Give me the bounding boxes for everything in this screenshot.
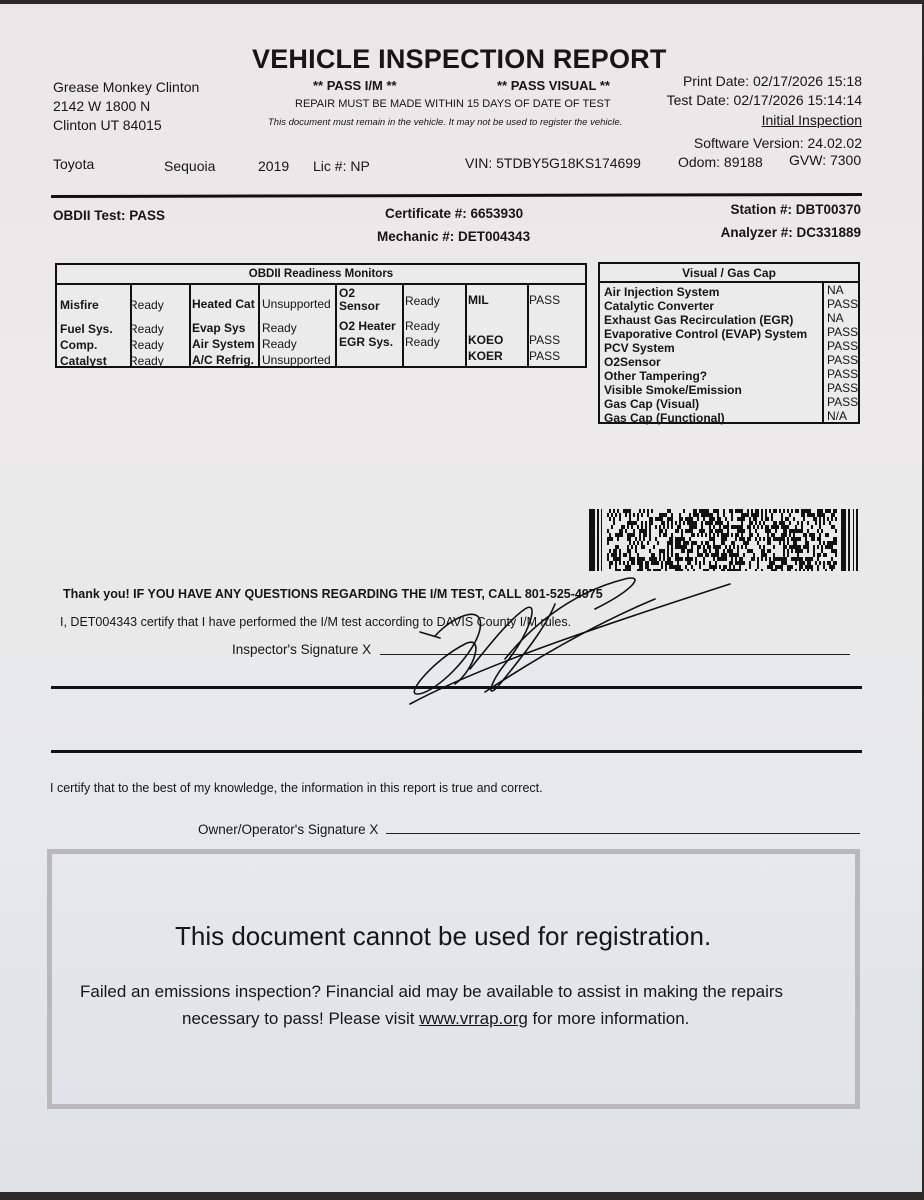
station-street: 2142 W 1800 N [53,98,150,114]
registration-notice-box [47,849,860,1109]
pass-im-status: ** PASS I/M ** [313,78,397,93]
visual-check-value: NA [827,311,844,325]
vehicle-model: Sequoia [164,158,215,174]
inspection-report-page: VEHICLE INSPECTION REPORT Grease Monkey … [0,4,922,1192]
divider [51,750,862,753]
divider [51,193,862,198]
inspector-signature-label: Inspector's Signature X [232,642,371,657]
visual-check-label: Other Tampering? [604,369,707,383]
registration-notice-headline: This document cannot be used for registr… [175,921,711,952]
monitor-value: Ready [405,336,440,349]
visual-check-label: Exhaust Gas Recirculation (EGR) [604,313,793,327]
odometer: Odom: 89188 [678,154,763,170]
visual-check-label: Evaporative Control (EVAP) System [604,327,807,341]
test-date: Test Date: 02/17/2026 15:14:14 [667,92,862,108]
visual-check-label: Air Injection System [604,285,719,299]
monitor-label: EGR Sys. [339,336,393,349]
financial-aid-text-2: necessary to pass! Please visit www.vrra… [182,1009,689,1029]
visual-check-value: PASS [827,367,858,381]
monitor-label: MIL [468,294,489,307]
obdii-test-result: OBDII Test: PASS [53,208,165,223]
monitor-label: Catalyst [60,355,107,368]
monitor-label: Fuel Sys. [60,323,113,336]
visual-check-label: Gas Cap (Functional) [604,411,725,425]
report-title: VEHICLE INSPECTION REPORT [252,44,667,75]
monitor-value: PASS [529,294,560,307]
monitor-label: A/C Refrig. [192,354,254,367]
monitor-value: Ready [129,339,164,352]
monitor-label: Air System [192,338,255,351]
certificate-number: Certificate #: 6653930 [385,206,523,221]
visual-check-value: NA [827,283,844,297]
monitor-value: Ready [262,338,297,351]
visual-check-label: Catalytic Converter [604,299,714,313]
station-name: Grease Monkey Clinton [53,79,199,95]
vrrap-link[interactable]: www.vrrap.org [419,1009,528,1028]
visual-check-label: O2Sensor [604,355,661,369]
monitor-label: O2 Heater [339,320,396,333]
monitor-value: Ready [129,299,164,312]
visual-check-value: PASS [827,325,858,339]
remain-notice: This document must remain in the vehicle… [268,117,622,128]
visual-check-value: PASS [827,339,858,353]
monitor-value: PASS [529,334,560,347]
monitor-label: KOEO [468,334,503,347]
visual-check-value: PASS [827,381,858,395]
financial-aid-text: Failed an emissions inspection? Financia… [80,982,783,1002]
analyzer-number: Analyzer #: DC331889 [721,225,861,240]
license-number: Lic #: NP [313,158,370,174]
monitor-value: PASS [529,350,560,363]
visual-check-label: PCV System [604,341,675,355]
owner-signature-line[interactable] [386,833,860,834]
handwritten-signature-icon [395,574,735,714]
station-number: Station #: DBT00370 [730,202,861,217]
visual-check-value: N/A [827,409,847,423]
monitor-label: Misfire [60,299,99,312]
monitor-value: Ready [405,295,440,308]
repair-notice: REPAIR MUST BE MADE WITHIN 15 DAYS OF DA… [295,98,611,110]
monitor-label: Heated Cat [192,298,255,311]
owner-signature-label: Owner/Operator's Signature X [198,822,378,837]
visual-check-label: Visible Smoke/Emission [604,383,742,397]
station-city: Clinton UT 84015 [53,117,162,133]
divider [51,686,862,689]
monitor-label: KOER [468,350,503,363]
monitor-value: Ready [129,323,164,336]
obdii-readiness-table: OBDII Readiness Monitors Misfire Ready F… [55,263,587,368]
monitor-label: Evap Sys [192,322,245,335]
print-date: Print Date: 02/17/2026 15:18 [683,73,862,89]
visual-table-title: Visual / Gas Cap [600,264,858,283]
gvw: GVW: 7300 [789,152,861,168]
mechanic-number: Mechanic #: DET004343 [377,229,530,244]
monitor-label: Comp. [60,339,97,352]
monitor-value: Unsupported [262,354,331,367]
pdf417-barcode-icon [589,509,859,571]
vin: VIN: 5TDBY5G18KS174699 [465,155,641,171]
visual-check-value: PASS [827,297,858,311]
monitor-value: Unsupported [262,298,331,311]
monitor-value: Ready [405,320,440,333]
visual-gas-cap-table: Visual / Gas Cap Air Injection SystemNAC… [598,262,860,424]
monitor-value: Ready [129,355,164,368]
pass-visual-status: ** PASS VISUAL ** [497,78,610,93]
vehicle-year: 2019 [258,158,289,174]
monitor-value: Ready [262,322,297,335]
inspection-type: Initial Inspection [762,112,862,128]
visual-check-value: PASS [827,353,858,367]
monitor-label: O2 Sensor [339,287,391,313]
obdii-table-title: OBDII Readiness Monitors [57,265,585,285]
owner-certification: I certify that to the best of my knowled… [50,781,543,795]
visual-check-label: Gas Cap (Visual) [604,397,699,411]
visual-check-value: PASS [827,395,858,409]
vehicle-make: Toyota [53,156,94,172]
software-version: Software Version: 24.02.02 [694,135,862,151]
